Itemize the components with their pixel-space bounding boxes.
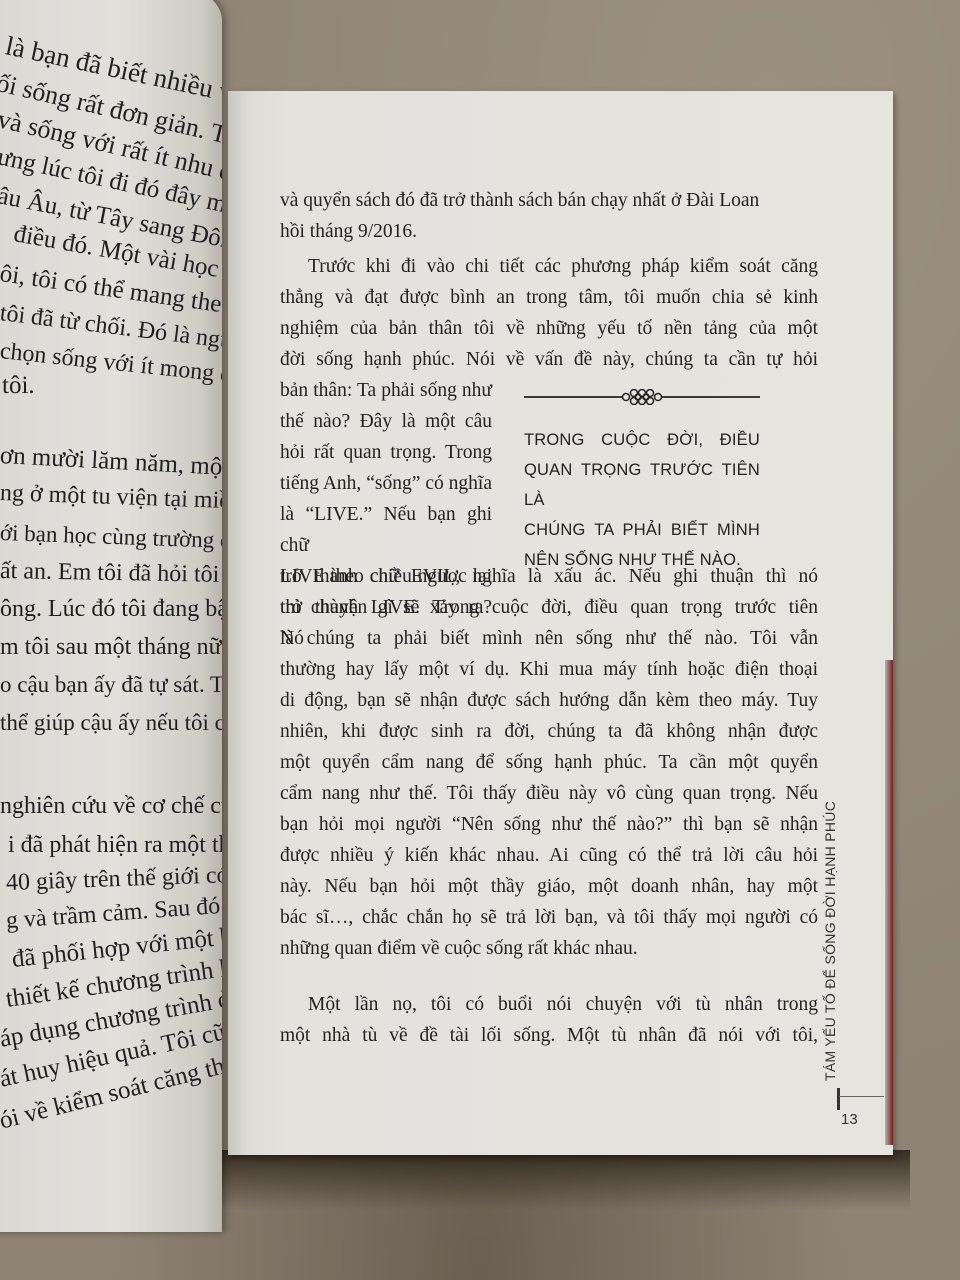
text-line: bản thân: Ta phải sống như (280, 375, 492, 406)
pull-quote: Trong cuộc đời, điều quan trọng trước ti… (524, 389, 760, 575)
book-shadow (150, 1150, 910, 1210)
text-line: thẳng và đạt được bình an trong tâm, tôi… (280, 282, 818, 313)
text-line: trở thành LIVE. Trong cuộc đời, điều qua… (280, 592, 818, 623)
left-line: m tôi sau một tháng nữa. M (0, 634, 222, 661)
text-line: trở thành chữ EVIL, nghĩa là xấu ác. Nếu… (280, 561, 818, 592)
left-line: thể giúp cậu ấy nếu tôi có th (0, 710, 222, 736)
running-title-rule (839, 1096, 884, 1097)
running-title: TÁM YẾU TỐ ĐỂ SỐNG ĐỜI HẠNH PHÚC (822, 801, 838, 1081)
text-line: này. Nếu bạn hỏi một thầy giáo, một doan… (280, 871, 818, 902)
text-line: thế nào? Đây là một câu (280, 406, 492, 437)
left-line: i đã phát hiện ra một thốn (8, 832, 222, 859)
left-line: tôi. (2, 372, 35, 400)
left-line: o cậu bạn ấy đã tự sát. Tôi đã (0, 672, 222, 698)
left-line: ông. Lúc đó tôi đang bận và (0, 596, 222, 623)
page-edge (885, 660, 893, 1145)
text-line: Một lần nọ, tôi có buổi nói chuyện với t… (280, 989, 818, 1020)
text-line: là “LIVE.” Nếu bạn ghi chữ (280, 499, 492, 561)
text-line: hỏi rất quan trọng. Trong (280, 437, 492, 468)
text-line: tiếng Anh, “sống” có nghĩa (280, 468, 492, 499)
endless-knot-divider-icon (524, 389, 760, 405)
pull-quote-line: chúng ta phải biết mình (524, 515, 760, 545)
page-number: 13 (841, 1111, 858, 1128)
text-line: di động, bạn sẽ nhận được sách hướng dẫn… (280, 685, 818, 716)
left-page-text: là bạn đã biết nhiều về tôi lối sống rất… (0, 0, 222, 1232)
text-line: nhiên, khi được sinh ra đời, chúng ta đã… (280, 716, 818, 747)
running-title-bar (837, 1088, 840, 1110)
pull-quote-line: Trong cuộc đời, điều (524, 425, 760, 455)
text-line: một nhà tù về đề tài lối sống. Một tù nh… (280, 1020, 818, 1051)
text-line: được nhiều ý kiến khác nhau. Ai cũng có … (280, 840, 818, 871)
text-line: thường hay lấy một ví dụ. Khi mua máy tí… (280, 654, 818, 685)
text-line: Trước khi đi vào chi tiết các phương phá… (280, 251, 818, 282)
text-line: đời sống hạnh phúc. Nói về vấn đề này, c… (280, 344, 818, 375)
text-line: hồi tháng 9/2016. (280, 216, 818, 247)
left-line: nghiên cứu về cơ chế của s (0, 793, 222, 820)
pull-quote-line: quan trọng trước tiên là (524, 455, 760, 515)
left-line: ng ở một tu viện tại miền Na (0, 480, 222, 517)
paragraph-3: Một lần nọ, tôi có buổi nói chuyện với t… (280, 989, 818, 1051)
paragraph-1: và quyển sách đó đã trở thành sách bán c… (280, 185, 818, 247)
text-line: và quyển sách đó đã trở thành sách bán c… (280, 185, 818, 216)
paragraph-2: Trước khi đi vào chi tiết các phương phá… (280, 251, 818, 375)
left-line: ất an. Em tôi đã hỏi tôi có t (0, 558, 222, 590)
left-page: là bạn đã biết nhiều về tôi lối sống rất… (0, 0, 222, 1232)
left-line: 40 giây trên thế giới có m (6, 861, 222, 897)
text-line: một quyển cẩm nang để sống hạnh phúc. Ta… (280, 747, 818, 778)
text-line: là chúng ta phải biết mình nên sống như … (280, 623, 818, 654)
text-line: bạn hỏi mọi người “Nên sống như thế nào?… (280, 809, 818, 840)
text-line: nghiệm của bản thân tôi về những yếu tố … (280, 313, 818, 344)
text-line: bác sĩ…, chắc chắn họ sẽ trả lời bạn, và… (280, 902, 818, 933)
text-line: cẩm nang như thế. Tôi thấy điều này vô c… (280, 778, 818, 809)
right-page: và quyển sách đó đã trở thành sách bán c… (228, 91, 893, 1155)
paragraph-2-continued: trở thành chữ EVIL, nghĩa là xấu ác. Nếu… (280, 561, 818, 964)
text-line: những quan điểm về cuộc sống rất khác nh… (280, 933, 818, 964)
left-line: ơn mười lăm năm, một ng (0, 442, 222, 484)
left-line: ới bạn học cùng trường của c (0, 520, 222, 555)
pull-quote-text: Trong cuộc đời, điều quan trọng trước ti… (524, 425, 760, 575)
